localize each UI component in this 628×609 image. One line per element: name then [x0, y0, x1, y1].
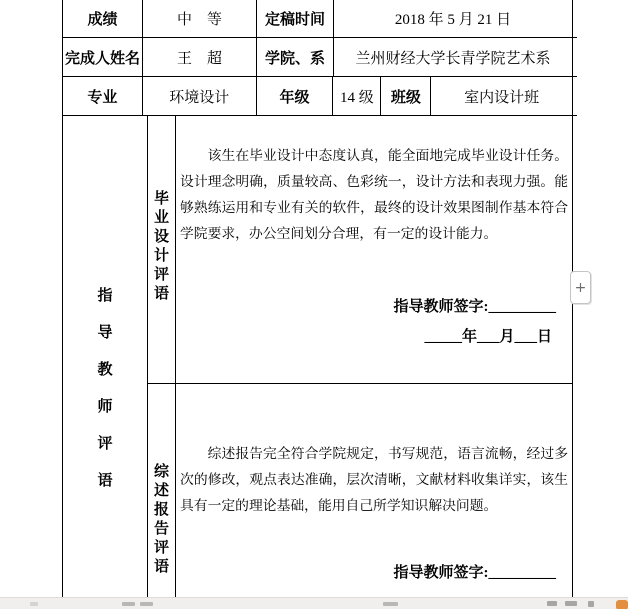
report-comments-label: 综述报告评语 — [154, 463, 170, 577]
report-comments-content: 综述报告完全符合学院规定，书写规范，语言流畅，经过多次的修改，观点表达准确，层次… — [176, 384, 572, 597]
class-label: 班级 — [381, 77, 431, 115]
report-comments-section: 综述报告评语 综述报告完全符合学院规定，书写规范，语言流畅，经过多次的修改，观点… — [148, 384, 572, 597]
design-comments-section: 毕业设计评语 该生在毕业设计中态度认真，能全面地完成毕业设计任务。设计理念明确，… — [148, 116, 572, 384]
major-value: 环境设计 — [143, 77, 257, 115]
info-row-grade: 成绩 中 等 定稿时间 2018 年 5 月 21 日 — [63, 0, 572, 38]
design-comments-label: 毕业设计评语 — [154, 190, 170, 304]
info-row-name: 完成人姓名 王 超 学院、系 兰州财经大学长青学院艺术系 — [63, 38, 572, 77]
border-stub — [573, 37, 577, 38]
info-row-major: 专业 环境设计 年级 14 级 班级 室内设计班 — [63, 77, 572, 116]
view-mode-icon[interactable] — [565, 601, 577, 606]
design-comments-text: 该生在毕业设计中态度认真，能全面地完成毕业设计任务。设计理念明确，质量较高、色彩… — [180, 143, 568, 247]
year-label: 年级 — [257, 77, 334, 115]
view-mode-icon[interactable] — [588, 601, 594, 607]
name-value: 王 超 — [143, 38, 257, 76]
design-comments-content: 该生在毕业设计中态度认真，能全面地完成毕业设计任务。设计理念明确，质量较高、色彩… — [176, 116, 572, 383]
report-comments-text: 综述报告完全符合学院规定，书写规范，语言流畅，经过多次的修改，观点表达准确，层次… — [180, 441, 568, 519]
status-accent-icon[interactable] — [616, 600, 628, 609]
grade-label: 成绩 — [63, 0, 143, 37]
design-date-line: _____年___月___日 — [176, 327, 572, 347]
plus-icon: + — [575, 280, 587, 296]
border-stub — [573, 76, 577, 77]
design-comments-label-cell: 毕业设计评语 — [148, 116, 176, 383]
name-label: 完成人姓名 — [63, 38, 143, 76]
report-signature-line: 指导教师签字:_________ — [176, 563, 572, 583]
class-value: 室内设计班 — [431, 77, 572, 115]
scroll-plus-button[interactable]: + — [570, 271, 591, 304]
status-bar-icon[interactable] — [122, 602, 135, 606]
year-value: 14 级 — [333, 77, 381, 115]
finalize-date-label: 定稿时间 — [257, 0, 334, 37]
status-bar-icon[interactable] — [30, 602, 38, 606]
design-signature-line: 指导教师签字:_________ — [176, 297, 572, 317]
status-bar-icon[interactable] — [383, 602, 398, 606]
view-mode-icon[interactable] — [547, 601, 557, 606]
department-label: 学院、系 — [257, 38, 334, 76]
document-page: 成绩 中 等 定稿时间 2018 年 5 月 21 日 完成人姓名 王 超 学院… — [0, 0, 628, 609]
status-bar-icon[interactable] — [140, 602, 153, 606]
major-label: 专业 — [63, 77, 143, 115]
status-bar — [0, 597, 628, 609]
advisor-comments-side-cell: 指导教师评语 — [63, 116, 148, 597]
report-comments-label-cell: 综述报告评语 — [148, 384, 176, 597]
evaluation-body: 指导教师评语 毕业设计评语 该生在毕业设计中态度认真，能全面地完成毕业设计任务。… — [63, 116, 572, 597]
advisor-comments-side-label: 指导教师评语 — [97, 278, 113, 500]
evaluation-form-table: 成绩 中 等 定稿时间 2018 年 5 月 21 日 完成人姓名 王 超 学院… — [62, 0, 573, 597]
border-stub — [573, 115, 577, 116]
finalize-date-value: 2018 年 5 月 21 日 — [334, 0, 572, 37]
grade-value: 中 等 — [143, 0, 257, 37]
department-value: 兰州财经大学长青学院艺术系 — [334, 38, 572, 76]
